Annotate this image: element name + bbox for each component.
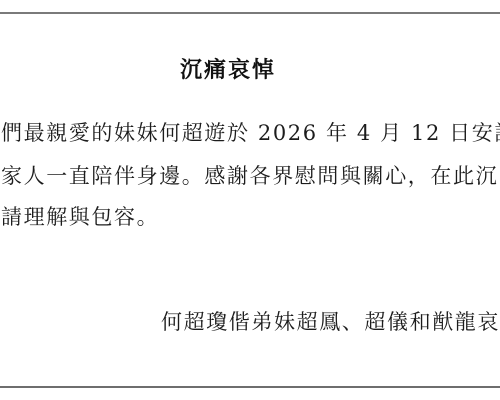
- signature-line: 何超瓊偕弟妹超鳳、超儀和猷龍哀: [161, 306, 500, 336]
- document-title: 沉痛哀悼: [180, 53, 276, 84]
- body-line-2: 家人一直陪伴身邊。感謝各界慰問與關心，在此沉: [1, 160, 498, 190]
- bottom-divider: [0, 386, 500, 388]
- body-line-1: 們最親愛的妹妹何超遊於 2026 年 4 月 12 日安詳辭世: [1, 117, 500, 147]
- top-divider: [0, 12, 500, 14]
- body-line-3: 請理解與包容。: [1, 201, 159, 231]
